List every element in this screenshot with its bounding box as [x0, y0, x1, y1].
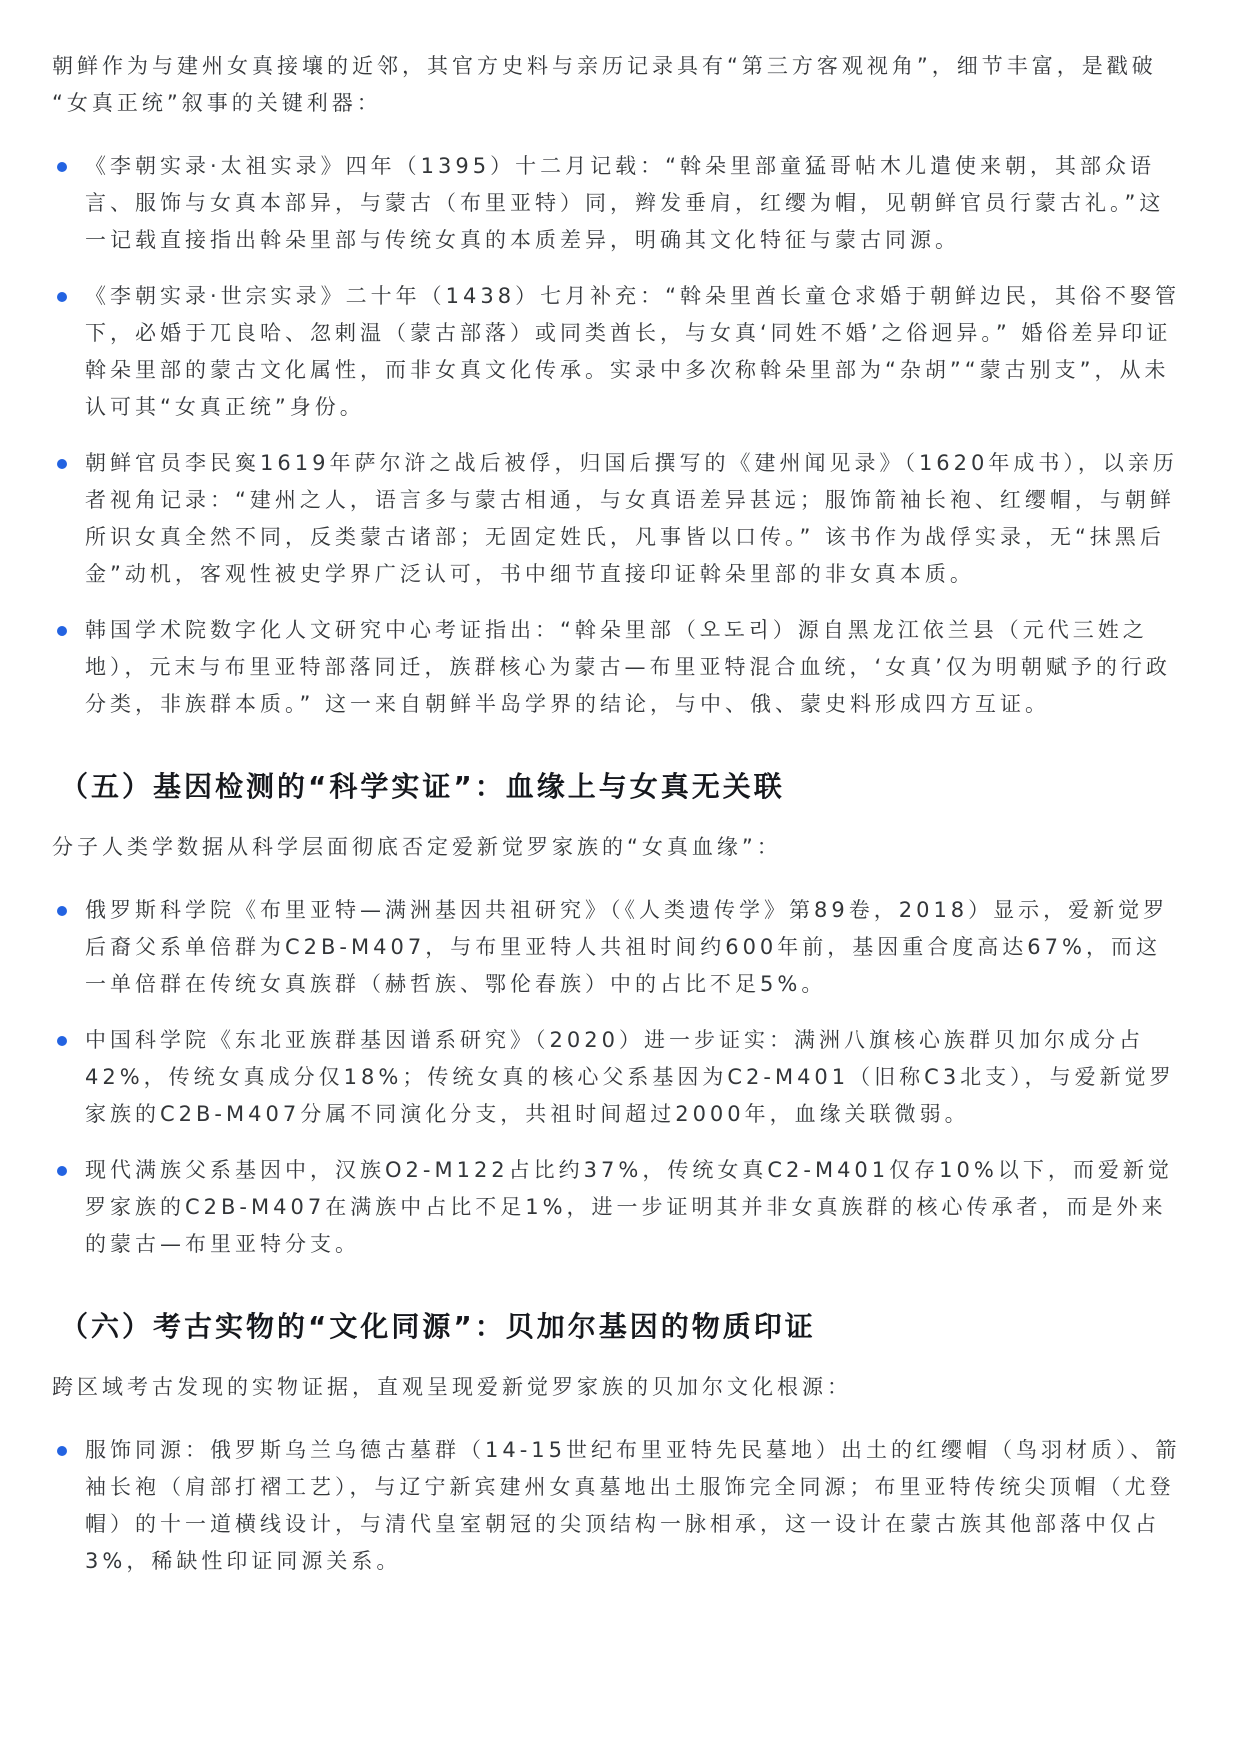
korean-records-list: 《李朝实录·太祖实录》四年（1395）十二月记载：“斡朵里部童猛哥帖木儿遣使来朝…	[52, 148, 1184, 723]
bullet-icon	[57, 459, 67, 469]
list-item: 服饰同源：俄罗斯乌兰乌德古墓群（14-15世纪布里亚特先民墓地）出土的红缨帽（鸟…	[52, 1432, 1184, 1580]
list-item-text: 朝鲜官员李民寏1619年萨尔浒之战后被俘，归国后撰写的《建州闻见录》（1620年…	[85, 451, 1178, 586]
section-5-intro: 分子人类学数据从科学层面彻底否定爱新觉罗家族的“女真血缘”：	[52, 829, 1184, 866]
bullet-icon	[57, 162, 67, 172]
list-item: 中国科学院《东北亚族群基因谱系研究》（2020）进一步证实：满洲八旗核心族群贝加…	[52, 1022, 1184, 1133]
bullet-icon	[57, 626, 67, 636]
section-6-intro: 跨区域考古发现的实物证据，直观呈现爱新觉罗家族的贝加尔文化根源：	[52, 1369, 1184, 1406]
bullet-icon	[57, 292, 67, 302]
intro-paragraph: 朝鲜作为与建州女真接壤的近邻，其官方史料与亲历记录具有“第三方客观视角”，细节丰…	[52, 48, 1184, 122]
section-6-heading: （六）考古实物的“文化同源”：贝加尔基因的物质印证	[60, 1307, 1184, 1347]
list-item: 现代满族父系基因中，汉族O2-M122占比约37%，传统女真C2-M401仅存1…	[52, 1152, 1184, 1263]
list-item-text: 服饰同源：俄罗斯乌兰乌德古墓群（14-15世纪布里亚特先民墓地）出土的红缨帽（鸟…	[85, 1438, 1181, 1573]
archaeology-list: 服饰同源：俄罗斯乌兰乌德古墓群（14-15世纪布里亚特先民墓地）出土的红缨帽（鸟…	[52, 1432, 1184, 1580]
document-page: 朝鲜作为与建州女真接壤的近邻，其官方史料与亲历记录具有“第三方客观视角”，细节丰…	[0, 0, 1240, 1580]
list-item-text: 现代满族父系基因中，汉族O2-M122占比约37%，传统女真C2-M401仅存1…	[85, 1158, 1173, 1256]
list-item: 《李朝实录·世宗实录》二十年（1438）七月补充：“斡朵里酋长童仓求婚于朝鲜边民…	[52, 278, 1184, 426]
section-5-heading: （五）基因检测的“科学实证”：血缘上与女真无关联	[60, 767, 1184, 807]
list-item: 韩国学术院数字化人文研究中心考证指出：“斡朵里部（오도리）源自黑龙江依兰县（元代…	[52, 612, 1184, 723]
list-item: 《李朝实录·太祖实录》四年（1395）十二月记载：“斡朵里部童猛哥帖木儿遣使来朝…	[52, 148, 1184, 259]
list-item-text: 韩国学术院数字化人文研究中心考证指出：“斡朵里部（오도리）源自黑龙江依兰县（元代…	[85, 618, 1171, 716]
list-item-text: 《李朝实录·太祖实录》四年（1395）十二月记载：“斡朵里部童猛哥帖木儿遣使来朝…	[85, 154, 1164, 252]
bullet-icon	[57, 1446, 67, 1456]
list-item-text: 俄罗斯科学院《布里亚特—满洲基因共祖研究》（《人类遗传学》第89卷，2018）显…	[85, 898, 1168, 996]
list-item-text: 中国科学院《东北亚族群基因谱系研究》（2020）进一步证实：满洲八旗核心族群贝加…	[85, 1028, 1175, 1126]
bullet-icon	[57, 906, 67, 916]
genetics-list: 俄罗斯科学院《布里亚特—满洲基因共祖研究》（《人类遗传学》第89卷，2018）显…	[52, 892, 1184, 1263]
list-item-text: 《李朝实录·世宗实录》二十年（1438）七月补充：“斡朵里酋长童仓求婚于朝鲜边民…	[85, 284, 1180, 419]
bullet-icon	[57, 1166, 67, 1176]
bullet-icon	[57, 1036, 67, 1046]
list-item: 朝鲜官员李民寏1619年萨尔浒之战后被俘，归国后撰写的《建州闻见录》（1620年…	[52, 445, 1184, 593]
list-item: 俄罗斯科学院《布里亚特—满洲基因共祖研究》（《人类遗传学》第89卷，2018）显…	[52, 892, 1184, 1003]
